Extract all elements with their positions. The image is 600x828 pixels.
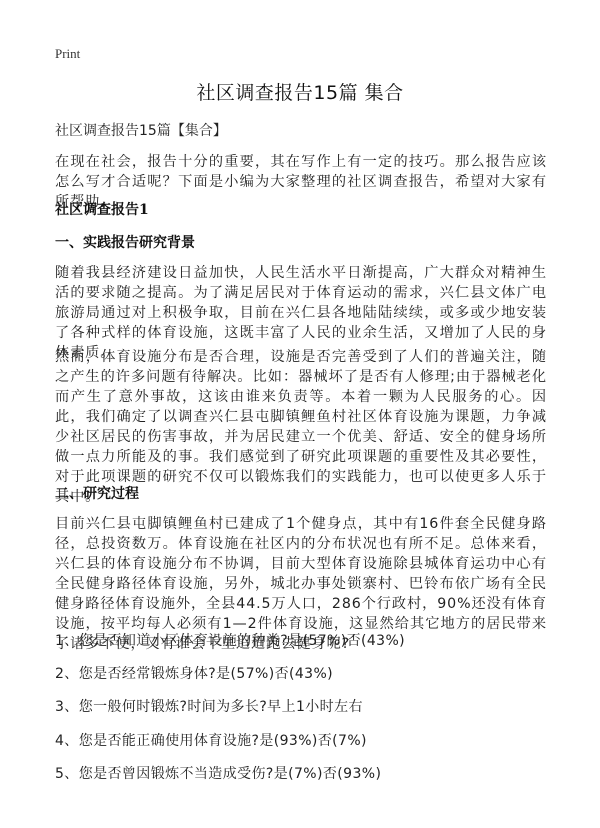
section-heading: 社区调查报告1	[55, 199, 149, 219]
document-subtitle: 社区调查报告15篇【集合】	[55, 120, 227, 140]
survey-question-5: 5、您是否曾因锻炼不当造成受伤?是(7%)否(93%)	[55, 763, 381, 783]
print-label: Print	[55, 46, 80, 62]
survey-question-3: 3、您一般何时锻炼?时间为多长?早上1小时左右	[55, 696, 363, 716]
part2-heading: 二、研究过程	[55, 483, 139, 503]
survey-question-2: 2、您是否经常锻炼身体?是(57%)否(43%)	[55, 663, 333, 683]
survey-question-4: 4、您是否能正确使用体育设施?是(93%)否(7%)	[55, 730, 367, 750]
part1-heading: 一、实践报告研究背景	[55, 232, 195, 252]
document-title: 社区调查报告15篇 集合	[0, 78, 600, 105]
survey-question-1: 1、您是否知道小区体育设施的种类?是(57%)否(43%)	[55, 630, 405, 650]
